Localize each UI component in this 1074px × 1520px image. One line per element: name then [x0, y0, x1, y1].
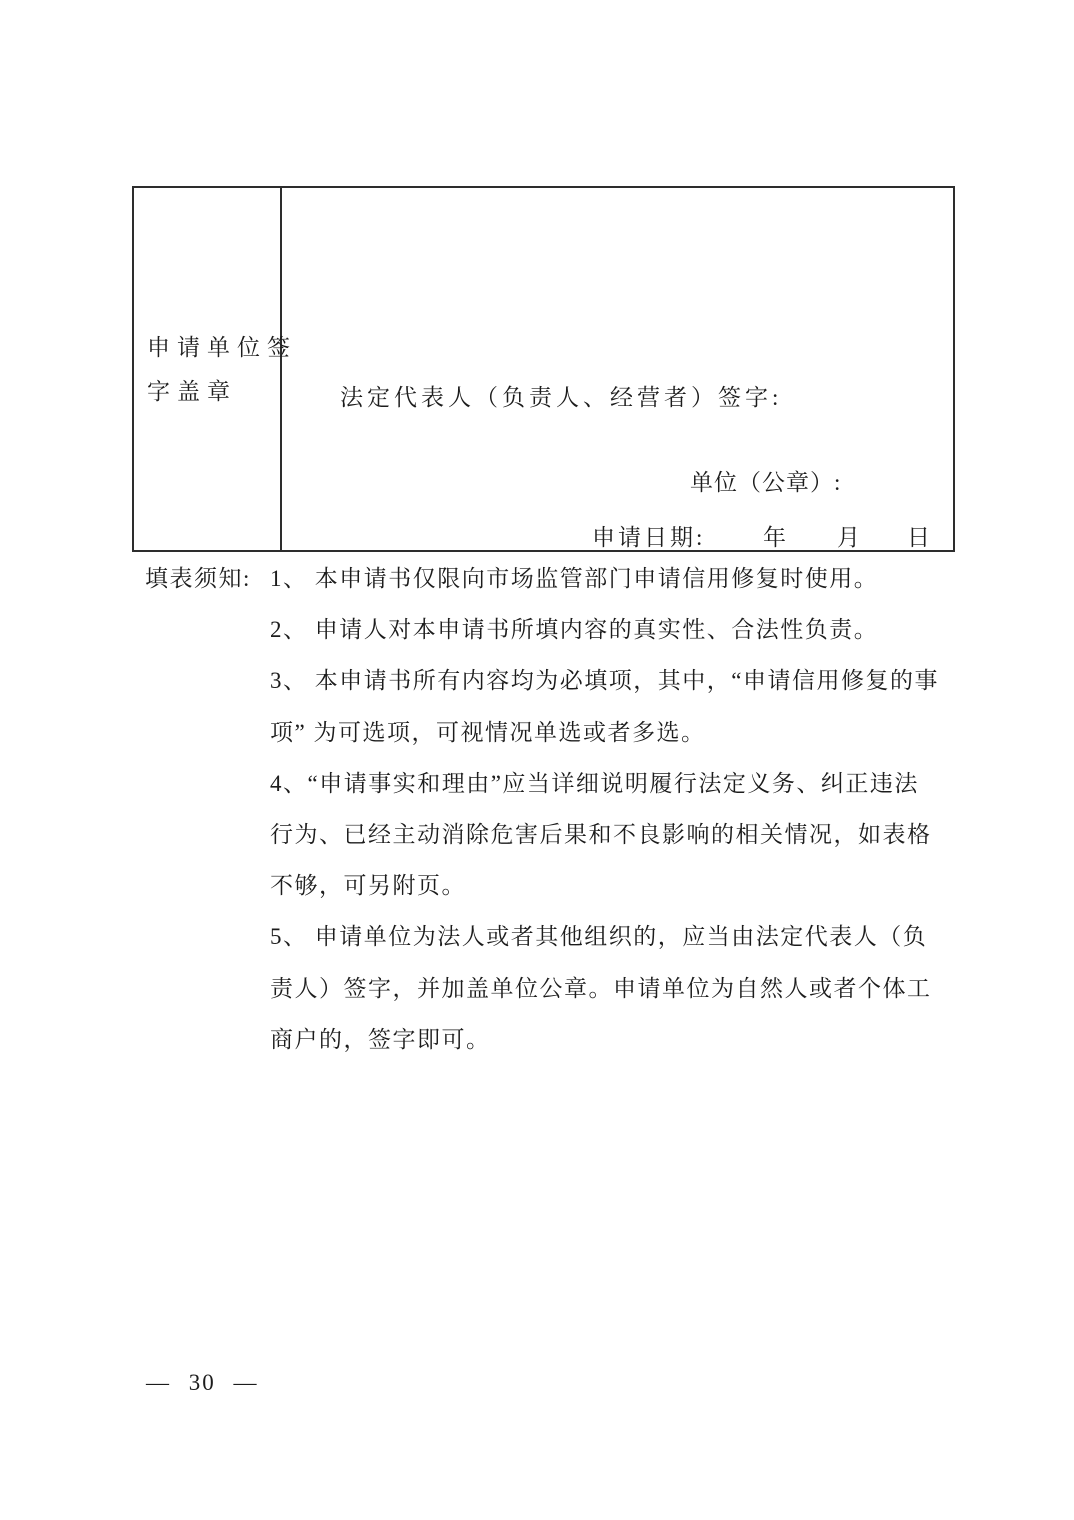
note-item-4-line: 4、“申请事实和理由”应当详细说明履行法定义务、纠正违法: [270, 758, 970, 809]
note-item-1-line: 1、 本申请书仅限向市场监管部门申请信用修复时使用。: [270, 553, 970, 604]
note-item-5-line: 5、 申请单位为法人或者其他组织的，应当由法定代表人（负: [270, 911, 970, 962]
date-year-label: 年: [763, 526, 786, 549]
note-item-3-line: 3、 本申请书所有内容均为必填项，其中，“申请信用修复的事: [270, 655, 970, 706]
note-item-3-line: 项” 为可选项，可视情况单选或者多选。: [270, 707, 970, 758]
legal-rep-signature-line: 法定代表人（负责人、经营者）签字:: [340, 386, 782, 409]
page-number: — 30 —: [146, 1371, 259, 1395]
note-item-4-line: 行为、已经主动消除危害后果和不良影响的相关情况，如表格: [270, 809, 970, 860]
date-label: 申请日期:: [592, 526, 705, 549]
note-item-5-line: 商户的，签字即可。: [270, 1014, 970, 1065]
note-item-5-line: 责人）签字，并加盖单位公章。申请单位为自然人或者个体工: [270, 963, 970, 1014]
notes-label: 填表须知:: [145, 553, 251, 604]
date-day-label: 日: [907, 526, 930, 549]
table-left-cell-label: 申请单位签 字盖章: [147, 326, 287, 414]
unit-seal-line: 单位（公章）:: [690, 471, 841, 494]
note-item-2-line: 2、 申请人对本申请书所填内容的真实性、合法性负责。: [270, 604, 970, 655]
table-left-cell-line: 申请单位签: [147, 326, 287, 370]
application-date-line: 申请日期: 年 月 日: [592, 526, 932, 550]
date-month-label: 月: [837, 526, 860, 549]
note-item-4-line: 不够，可另附页。: [270, 860, 970, 911]
table-left-cell-line: 字盖章: [147, 370, 287, 414]
notes-section: 1、 本申请书仅限向市场监管部门申请信用修复时使用。 2、 申请人对本申请书所填…: [270, 553, 970, 1065]
